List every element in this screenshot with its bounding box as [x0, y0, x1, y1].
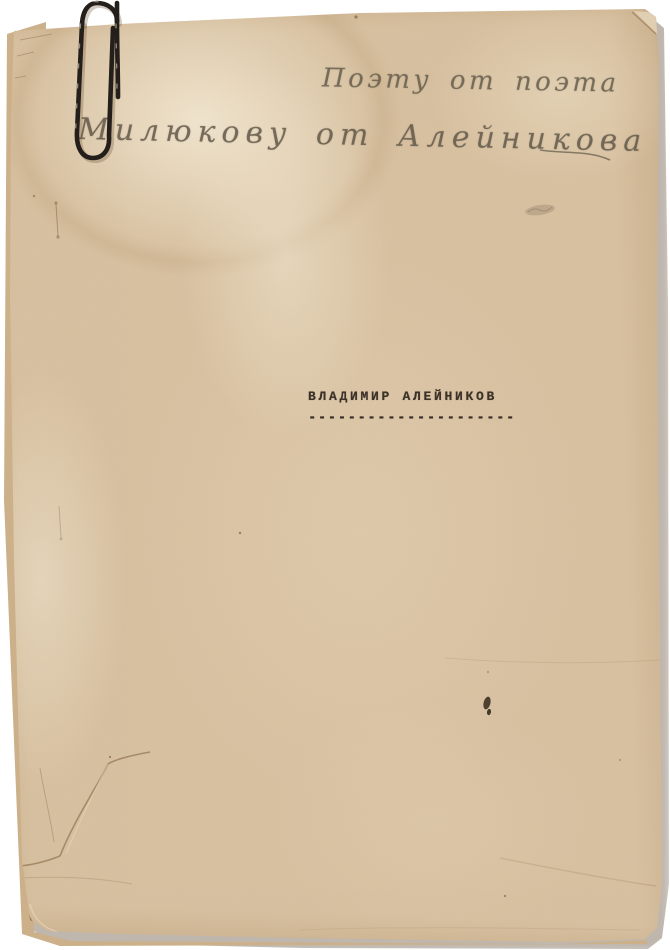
stack-step-lines [15, 34, 52, 78]
crease-tear [16, 752, 150, 884]
typed-author-name: ВЛАДИМИР АЛЕЙНИКОВ [308, 389, 528, 404]
pencil-smudge [524, 203, 555, 217]
typed-dashed-underline: --------------------- [308, 410, 528, 426]
ink-blot [482, 696, 492, 716]
pin-mark [33, 195, 60, 239]
typed-title-block: ВЛАДИМИР АЛЕЙНИКОВ --------------------- [308, 389, 528, 426]
handwritten-dedication-line2: Милюкову от Алейникова [78, 112, 648, 159]
corner-fold [632, 11, 657, 34]
pin-mark-2 [59, 506, 62, 540]
handwritten-dedication-line1: Поэту от поэта [322, 63, 620, 98]
manuscript-cover-page: Поэту от поэта Милюкову от Алейникова ВЛ… [0, 0, 670, 950]
wrinkle-lines [300, 658, 660, 930]
photograph-of-manuscript-cover: Поэту от поэта Милюкову от Алейникова ВЛ… [0, 0, 670, 950]
